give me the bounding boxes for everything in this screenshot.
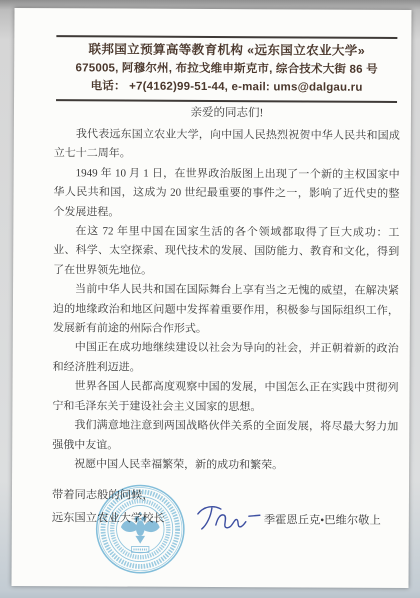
scanned-letter-screenshot: 联邦国立预算高等教育机构 «远东国立农业大学» 675005, 阿穆尔州, 布拉… [0, 0, 420, 598]
double-headed-eagle-icon [121, 512, 160, 544]
rector-signature [192, 501, 264, 539]
letterhead: 联邦国立预算高等教育机构 «远东国立农业大学» 675005, 阿穆尔州, 布拉… [56, 35, 397, 103]
letter-paragraph: 祝愿中国人民幸福繁荣，新的成功和繁荣。 [52, 455, 398, 476]
letter-page: 联邦国立预算高等教育机构 «远东国立农业大学» 675005, 阿穆尔州, 布拉… [11, 8, 411, 588]
letter-paragraph: 中国正在成功地继续建设以社会为导向的社会，并正朝着新的政治和经济胜利迈进。 [53, 339, 399, 380]
letter-paragraph: 1949 年 10 月 1 日，在世界政治版图上出现了一个新的主权国家中华人民共… [53, 164, 399, 224]
sender-name: 季霍恩丘克•巴维尔敬上 [264, 511, 404, 528]
letter-greeting: 亲爱的同志们! [54, 102, 400, 125]
letter-body: 亲爱的同志们! 我代表远东国立农业大学，向中国人民热烈祝贺中华人民共和国成立七十… [52, 102, 400, 476]
letterhead-address: 675005, 阿穆尔州, 布拉戈维申斯克市, 综合技术大街 86 号 [56, 59, 397, 79]
letterhead-org-name: 联邦国立预算高等教育机构 «远东国立农业大学» [56, 40, 397, 61]
letter-paragraph: 我代表远东国立农业大学，向中国人民热烈祝贺中华人民共和国成立七十二周年。 [54, 125, 400, 166]
letter-paragraph: 世界各国人民都高度观察中国的发展，中国怎么正在实践中贯彻列宁和毛泽东关于建设社会… [52, 377, 398, 418]
letter-paragraph: 我们满意地注意到两国战略伙伴关系的全面发展，将尽最大努力加强俄中友谊。 [52, 416, 398, 457]
letter-paragraph: 在这 72 年里中国在国家生活的各个领域都取得了巨大成功：工业、科学、太空探索、… [53, 222, 399, 282]
letter-paragraph: 当前中华人民共和国在国际舞台上享有当之无愧的威望，在解决紧迫的地缘政治和地区问题… [53, 280, 399, 340]
letterhead-contact: 电话： +7(4162)99-51-44, e-mail: ums@dalgau… [56, 77, 397, 97]
university-round-stamp-icon [94, 482, 187, 575]
